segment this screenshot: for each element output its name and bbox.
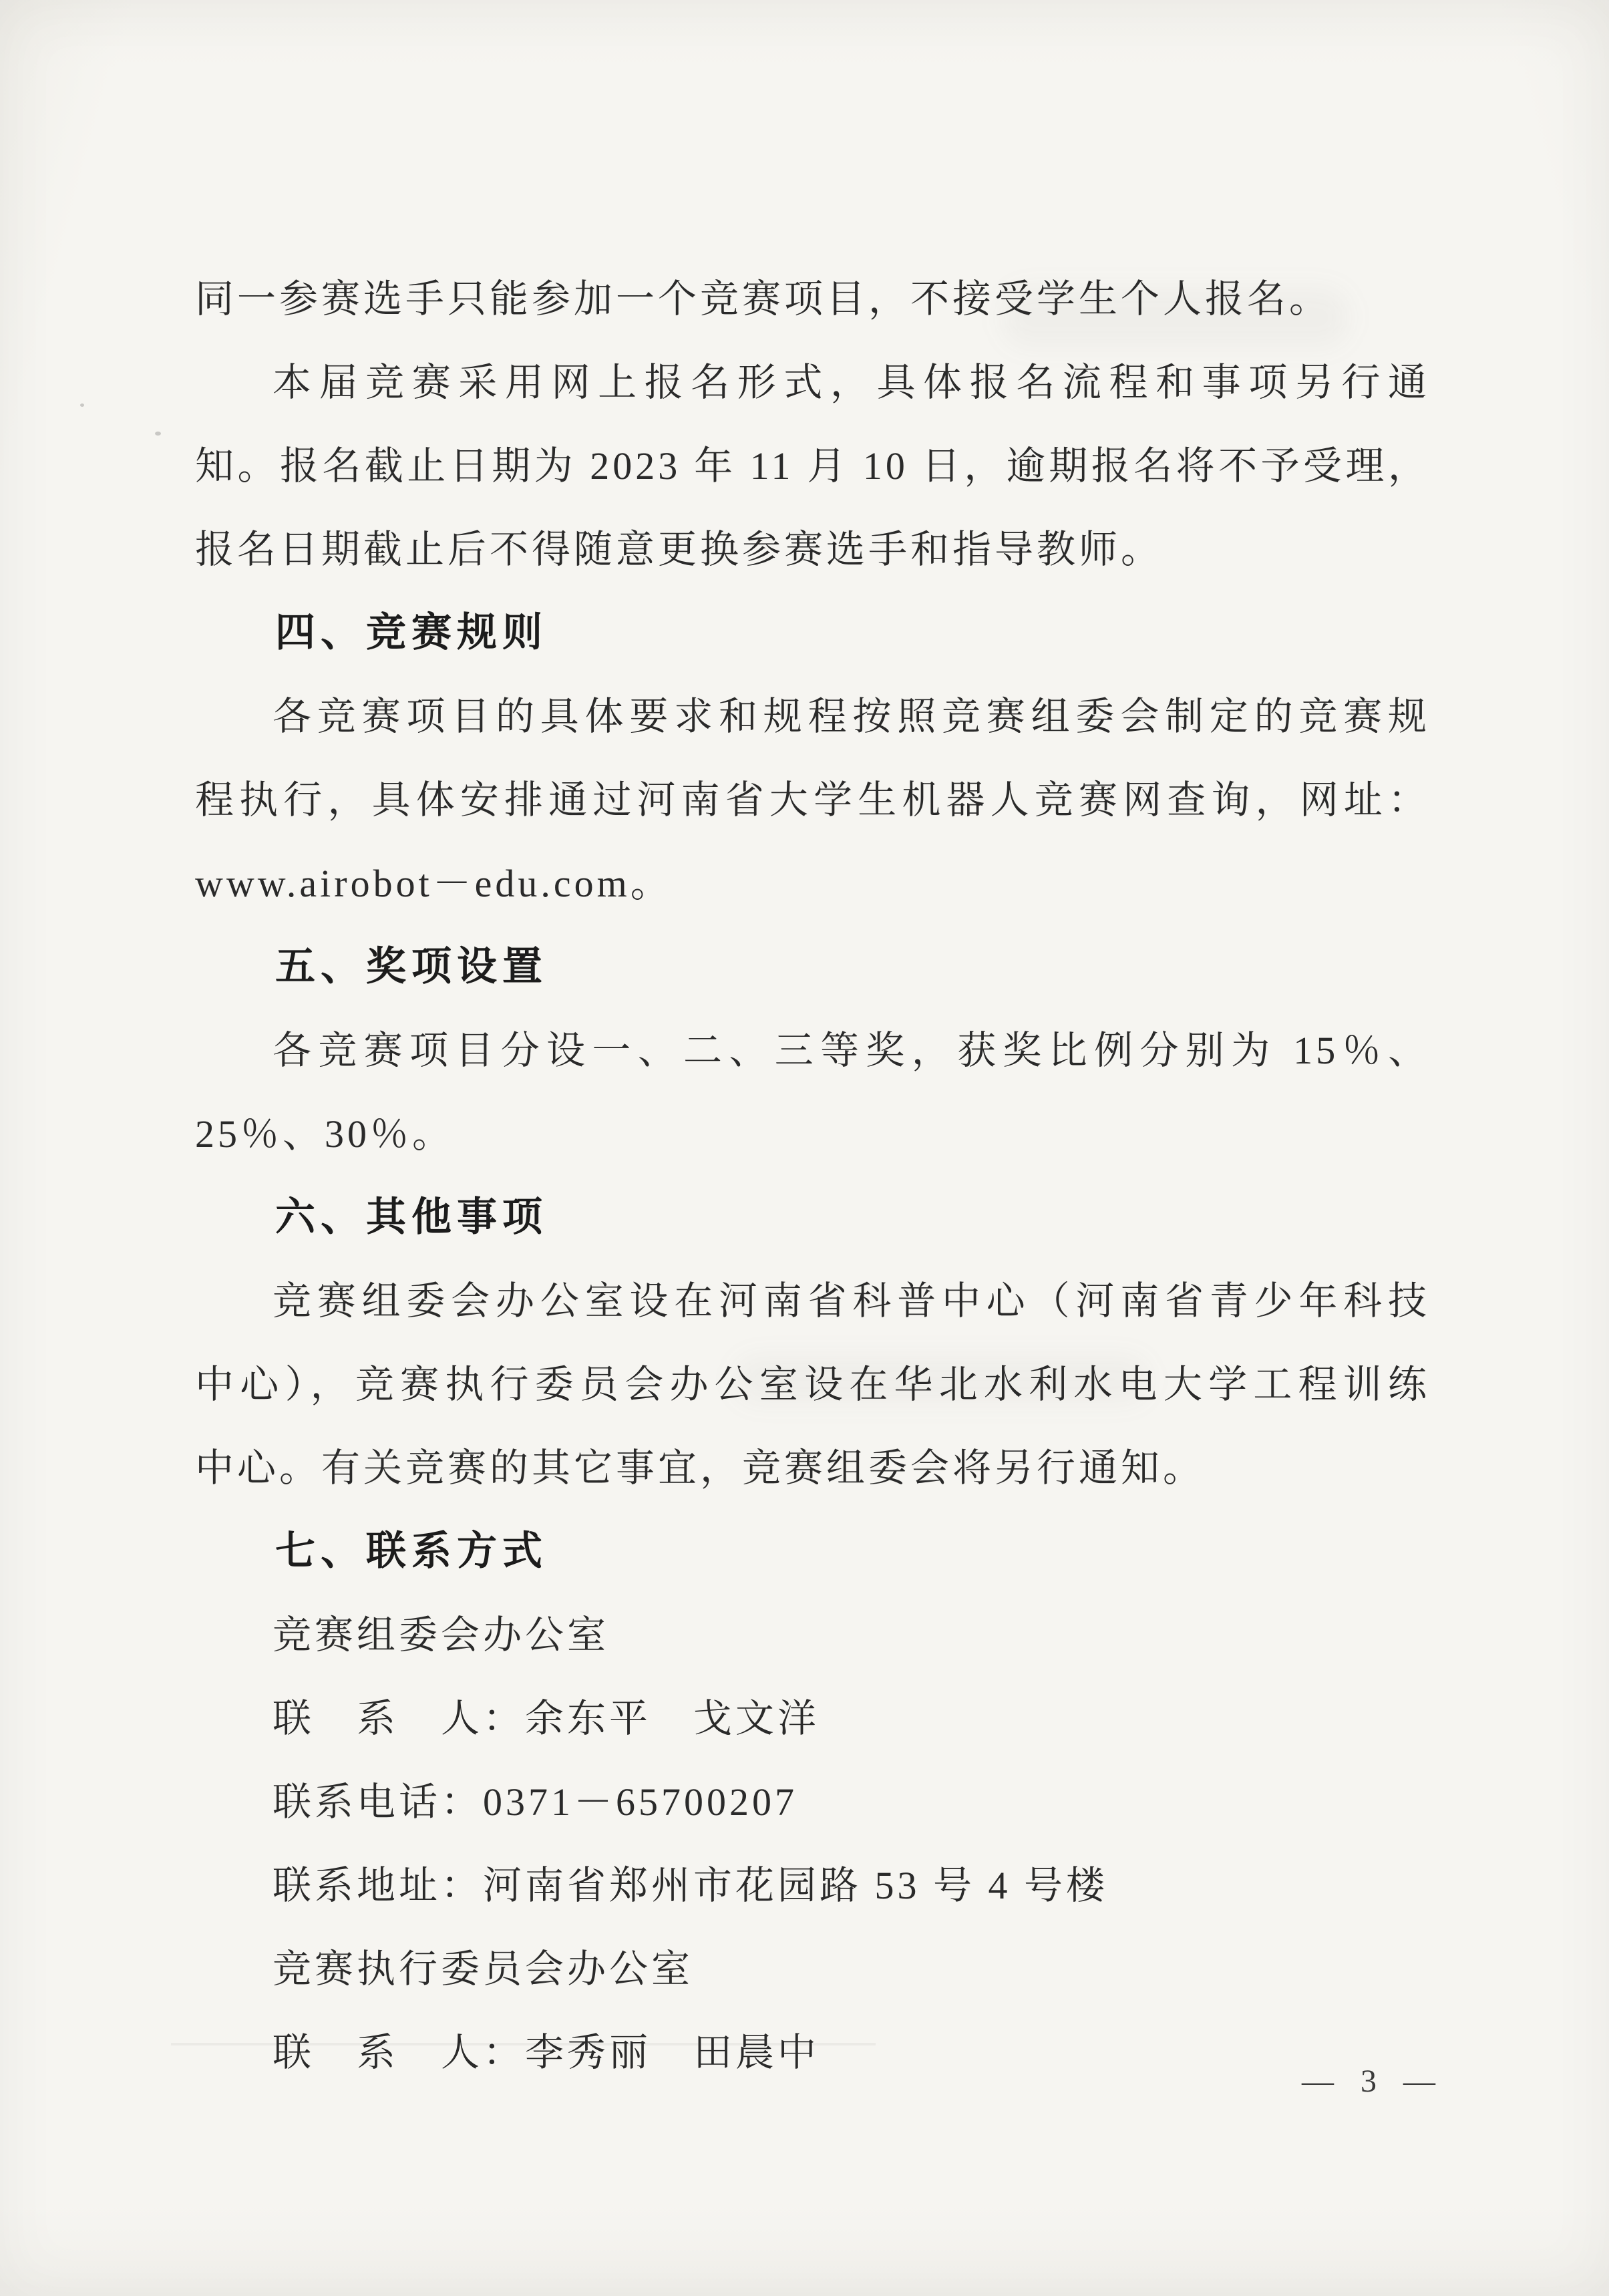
text-line: 程执行，具体安排通过河南省大学生机器人竞赛网查询，网址： [195,758,1430,842]
heading-competition-rules: 四、竞赛规则 [195,591,1430,675]
document-body: 同一参赛选手只能参加一个竞赛项目，不接受学生个人报名。 本届竞赛采用网上报名形式… [195,257,1430,2094]
heading-contact-info: 七、联系方式 [195,1510,1430,1593]
scan-speck [155,432,161,436]
contact-person-line: 联 系 人：余东平 戈文洋 [195,1677,1430,1760]
text-line: 各竞赛项目分设一、二、三等奖，获奖比例分别为 15％、 [195,1009,1430,1092]
text-line: 25％、30％。 [195,1092,1430,1176]
scan-speck [80,403,84,407]
text-line: 中心。有关竞赛的其它事宜，竞赛组委会将另行通知。 [195,1426,1430,1510]
contact-phone-line: 联系电话：0371－65700207 [195,1760,1430,1844]
text-line: 本届竞赛采用网上报名形式，具体报名流程和事项另行通 [195,341,1430,424]
organizing-committee-office-line: 竞赛组委会办公室 [195,1593,1430,1677]
scan-streak [171,2043,876,2045]
text-line: 中心），竞赛执行委员会办公室设在华北水利水电大学工程训练 [195,1343,1430,1426]
text-line: 竞赛组委会办公室设在河南省科普中心（河南省青少年科技 [195,1259,1430,1343]
executive-committee-office-line: 竞赛执行委员会办公室 [195,1927,1430,2011]
contact-person-line: 联 系 人：李秀丽 田晨中 [195,2011,1430,2094]
scanned-document-page: 同一参赛选手只能参加一个竞赛项目，不接受学生个人报名。 本届竞赛采用网上报名形式… [0,0,1609,2296]
text-line: 各竞赛项目的具体要求和规程按照竞赛组委会制定的竞赛规 [195,675,1430,758]
heading-awards: 五、奖项设置 [195,925,1430,1009]
website-url-line: www.airobot－edu.com。 [195,842,1430,925]
text-line: 知。报名截止日期为 2023 年 11 月 10 日，逾期报名将不予受理， [195,424,1430,508]
text-line: 同一参赛选手只能参加一个竞赛项目，不接受学生个人报名。 [195,257,1430,341]
page-number: — 3 — [1302,2063,1445,2100]
heading-other-matters: 六、其他事项 [195,1176,1430,1259]
contact-address-line: 联系地址：河南省郑州市花园路 53 号 4 号楼 [195,1844,1430,1927]
text-line: 报名日期截止后不得随意更换参赛选手和指导教师。 [195,508,1430,591]
